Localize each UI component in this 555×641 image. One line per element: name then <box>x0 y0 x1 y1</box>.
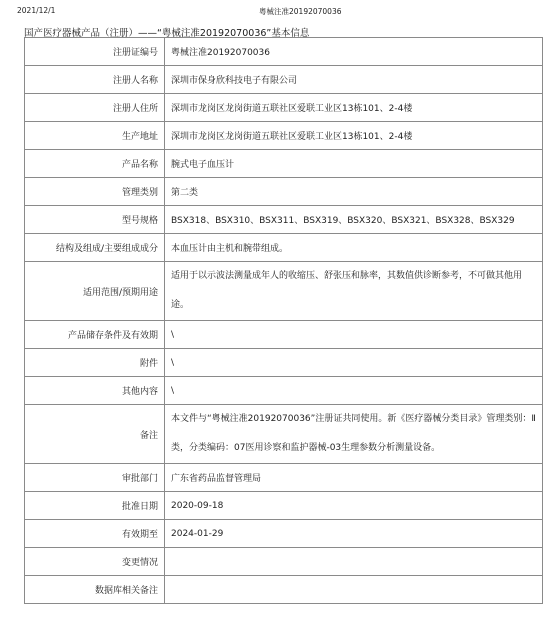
row-value: 本血压计由主机和腕带组成。 <box>165 234 543 262</box>
row-label: 注册证编号 <box>25 38 165 66</box>
table-row-production-address: 生产地址 深圳市龙岗区龙岗街道五联社区爱联工业区13栋101、2-4楼 <box>25 122 543 150</box>
table-row-database-remarks: 数据库相关备注 <box>25 576 543 604</box>
table-row-valid-until: 有效期至 2024-01-29 <box>25 520 543 548</box>
table-row-registrant-address: 注册人住所 深圳市龙岗区龙岗街道五联社区爱联工业区13栋101、2-4楼 <box>25 94 543 122</box>
print-date: 2021/12/1 <box>17 6 55 15</box>
table-row-registrant-name: 注册人名称 深圳市保身欣科技电子有限公司 <box>25 66 543 94</box>
table-row-storage: 产品储存条件及有效期 \ <box>25 321 543 349</box>
table-row-management-category: 管理类别 第二类 <box>25 178 543 206</box>
table-row-other-content: 其他内容 \ <box>25 377 543 405</box>
row-value: \ <box>165 377 543 405</box>
row-label: 其他内容 <box>25 377 165 405</box>
table-row-changes: 变更情况 <box>25 548 543 576</box>
row-label: 适用范围/预期用途 <box>25 262 165 321</box>
row-label: 生产地址 <box>25 122 165 150</box>
table-row-attachments: 附件 \ <box>25 349 543 377</box>
print-page-title: 粤械注准20192070036 <box>259 6 342 17</box>
row-label: 有效期至 <box>25 520 165 548</box>
row-value <box>165 548 543 576</box>
row-label: 产品储存条件及有效期 <box>25 321 165 349</box>
row-value: 深圳市龙岗区龙岗街道五联社区爱联工业区13栋101、2-4楼 <box>165 122 543 150</box>
row-label: 管理类别 <box>25 178 165 206</box>
row-value: 第二类 <box>165 178 543 206</box>
row-label: 数据库相关备注 <box>25 576 165 604</box>
row-value: 粤械注准20192070036 <box>165 38 543 66</box>
table-row-model-spec: 型号规格 BSX318、BSX310、BSX311、BSX319、BSX320、… <box>25 206 543 234</box>
table-row-approval-department: 审批部门 广东省药品监督管理局 <box>25 464 543 492</box>
row-label: 批准日期 <box>25 492 165 520</box>
row-label: 附件 <box>25 349 165 377</box>
row-value <box>165 576 543 604</box>
table-row-intended-use: 适用范围/预期用途 适用于以示波法测量成年人的收缩压、舒张压和脉率，其数值供诊断… <box>25 262 543 321</box>
row-value: 深圳市保身欣科技电子有限公司 <box>165 66 543 94</box>
row-label: 审批部门 <box>25 464 165 492</box>
row-value: 2024-01-29 <box>165 520 543 548</box>
row-label: 产品名称 <box>25 150 165 178</box>
table-row-approval-date: 批准日期 2020-09-18 <box>25 492 543 520</box>
row-value: 本文件与“粤械注准20192070036”注册证共同使用。新《医疗器械分类目录》… <box>165 405 543 464</box>
registration-info-table: 注册证编号 粤械注准20192070036 注册人名称 深圳市保身欣科技电子有限… <box>24 37 543 604</box>
row-value: \ <box>165 321 543 349</box>
row-label: 结构及组成/主要组成成分 <box>25 234 165 262</box>
row-value: BSX318、BSX310、BSX311、BSX319、BSX320、BSX32… <box>165 206 543 234</box>
table-row-remarks: 备注 本文件与“粤械注准20192070036”注册证共同使用。新《医疗器械分类… <box>25 405 543 464</box>
row-value: 适用于以示波法测量成年人的收缩压、舒张压和脉率，其数值供诊断参考，不可做其他用途… <box>165 262 543 321</box>
print-header: 2021/12/1 粤械注准20192070036 <box>0 6 555 18</box>
row-value: 广东省药品监督管理局 <box>165 464 543 492</box>
table-row-registration-number: 注册证编号 粤械注准20192070036 <box>25 38 543 66</box>
row-value: \ <box>165 349 543 377</box>
row-label: 备注 <box>25 405 165 464</box>
row-label: 注册人名称 <box>25 66 165 94</box>
row-label: 变更情况 <box>25 548 165 576</box>
row-value: 2020-09-18 <box>165 492 543 520</box>
table-row-product-name: 产品名称 腕式电子血压计 <box>25 150 543 178</box>
row-value: 深圳市龙岗区龙岗街道五联社区爱联工业区13栋101、2-4楼 <box>165 94 543 122</box>
table-row-structure: 结构及组成/主要组成成分 本血压计由主机和腕带组成。 <box>25 234 543 262</box>
row-label: 注册人住所 <box>25 94 165 122</box>
row-label: 型号规格 <box>25 206 165 234</box>
row-value: 腕式电子血压计 <box>165 150 543 178</box>
